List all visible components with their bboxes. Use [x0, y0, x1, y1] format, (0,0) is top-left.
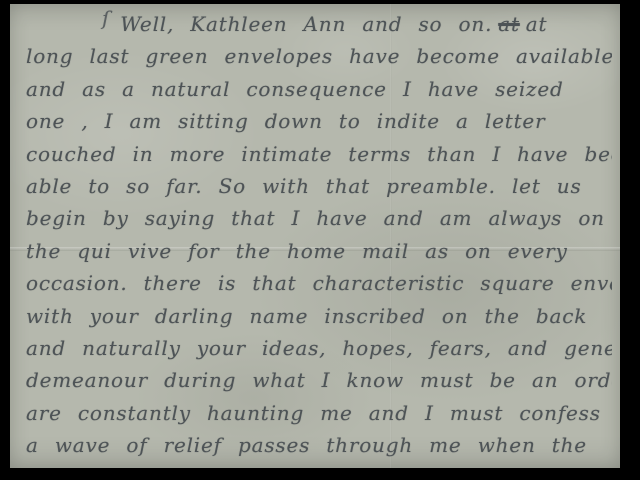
letter-line: one , I am sitting down to indite a lett… — [26, 105, 612, 137]
letter-body: ſWell, Kathleen Ann and so on.atat long … — [10, 4, 620, 468]
letter-line: able to so far. So with that preamble. l… — [26, 170, 612, 202]
letter-page: ſWell, Kathleen Ann and so on.atat long … — [10, 4, 620, 468]
letter-line: couched in more intimate terms than I ha… — [26, 138, 612, 170]
letter-line: occasion. there is that characteristic s… — [26, 267, 612, 299]
letter-line: demeanour during what I know must be an … — [26, 364, 612, 396]
letter-line: long last green envelopes have become av… — [26, 40, 612, 72]
letter-line: begin by saying that I have and am alway… — [26, 202, 612, 234]
scan-background: ſWell, Kathleen Ann and so on.atat long … — [0, 0, 640, 480]
letter-line: ſWell, Kathleen Ann and so on.atat — [26, 8, 612, 40]
struck-out-word: at — [498, 12, 520, 36]
letter-line: a wave of relief passes through me when … — [26, 429, 612, 461]
letter-line-text: at — [526, 12, 548, 36]
letter-line: with your darling name inscribed on the … — [26, 300, 612, 332]
letter-line-text: Well, Kathleen Ann and so on. — [120, 12, 492, 36]
stray-pen-stroke: ſ — [102, 8, 110, 34]
letter-line: the qui vive for the home mail as on eve… — [26, 235, 612, 267]
letter-line: are constantly haunting me and I must co… — [26, 397, 612, 429]
letter-line: and as a natural consequence I have seiz… — [26, 73, 612, 105]
letter-line: and naturally your ideas, hopes, fears, … — [26, 332, 612, 364]
